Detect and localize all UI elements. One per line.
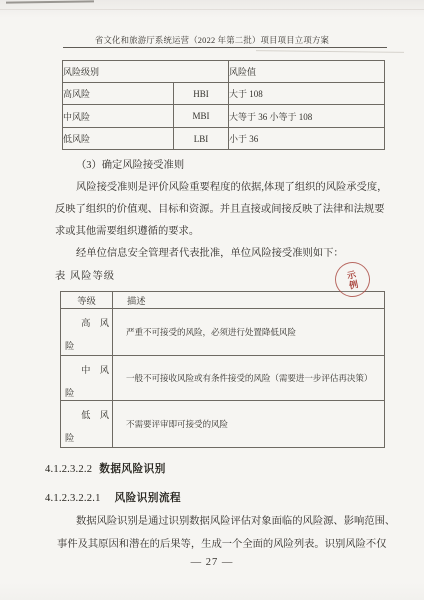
table-row: 高 风 险 严重不可接受的风险，必须进行处置降低风险 — [61, 309, 385, 356]
cell-level: 高 风 险 — [61, 309, 113, 356]
cell-desc: 不需要评审即可接受的风险 — [113, 401, 385, 448]
cell-level: 低 风 险 — [61, 401, 113, 448]
body-line: 数据风险识别是通过识别数据风险评估对象面临的风险源、影响范围、 — [76, 512, 395, 532]
section-number: 4.1.2.3.2.2 — [45, 464, 92, 475]
risk-level-table: 等级 描述 高 风 险 严重不可接受的风险，必须进行处置降低风险 中 风 险 一… — [60, 291, 385, 448]
header-rule — [63, 47, 387, 48]
header-rule-artifact — [256, 50, 404, 53]
section-heading: 4.1.2.3.2.2数据风险识别 — [45, 459, 166, 477]
cell-level: 高风险 — [63, 83, 174, 105]
table-header-row: 风险级别 风险值 — [63, 61, 385, 83]
cell-level: 中风险 — [63, 105, 174, 128]
body-line: 事件及其原因和潜在的后果等，生成一个全面的风险列表。识别风险不仅 — [57, 535, 387, 555]
header-cell-level: 等级 — [61, 292, 113, 309]
cell-value: 大等于 36 小等于 108 — [229, 105, 385, 128]
subsection-title: 风险识别流程 — [115, 493, 182, 504]
page-header-title: 省文化和旅游厅系统运营（2022 年第二批）项目项目立项方案 — [0, 34, 424, 46]
cell-code: HBI — [174, 83, 229, 105]
body-line: 风险接受准则是评价风险重要程度的依据,体现了组织的风险承受度， — [76, 178, 387, 198]
table-row: 中 风 险 一般不可接收风险或有条件接受的风险（需要进一步评估再决策） — [61, 356, 385, 401]
table-row: 低风险 LBI 小于 36 — [63, 128, 385, 150]
page-number: — 27 — — [0, 557, 424, 568]
subsection-heading: 4.1.2.3.2.2.1风险识别流程 — [45, 488, 181, 506]
body-line: 反映了组织的价值观、目标和资源。并且直接或间接反映了法律和法规要 — [55, 200, 385, 220]
risk-value-table: 风险级别 风险值 高风险 HBI 大于 108 中风险 MBI 大等于 36 小… — [62, 60, 385, 150]
cell-code: LBI — [174, 128, 229, 150]
level-line-1: 低 风 — [61, 401, 112, 421]
body-subheading: （3）确定风险接受准则 — [76, 156, 184, 176]
cell-code: MBI — [174, 105, 229, 128]
table-row: 低 风 险 不需要评审即可接受的风险 — [61, 401, 385, 448]
subsection-number: 4.1.2.3.2.2.1 — [45, 493, 101, 504]
table-header-row: 等级 描述 — [61, 292, 385, 309]
level-line-1: 中 风 — [61, 356, 112, 376]
cell-desc: 严重不可接受的风险，必须进行处置降低风险 — [113, 309, 385, 356]
level-line-2: 险 — [61, 376, 112, 399]
level-line-2: 险 — [61, 421, 112, 444]
section-title: 数据风险识别 — [99, 464, 166, 475]
level-line-2: 险 — [61, 329, 112, 352]
header-cell-risk-value: 风险值 — [229, 61, 385, 83]
cell-value: 小于 36 — [229, 128, 385, 150]
scan-artifact-corner — [6, 0, 94, 3]
table-caption: 表 风险等级 — [55, 267, 115, 287]
header-cell-risk-level: 风险级别 — [63, 61, 229, 83]
cell-desc: 一般不可接收风险或有条件接受的风险（需要进一步评估再决策） — [113, 356, 385, 401]
level-line-1: 高 风 — [61, 309, 112, 329]
body-line: 经单位信息安全管理者代表批准，单位风险接受准则如下： — [76, 244, 344, 264]
document-page: 省文化和旅游厅系统运营（2022 年第二批）项目项目立项方案 风险级别 风险值 … — [0, 0, 424, 600]
table-row: 高风险 HBI 大于 108 — [63, 83, 385, 105]
table-row: 中风险 MBI 大等于 36 小等于 108 — [63, 105, 385, 128]
cell-level: 中 风 险 — [61, 356, 113, 401]
body-line: 求或其他需要组织遵循的要求。 — [55, 222, 199, 242]
scan-artifact-top-line — [0, 9, 424, 10]
cell-value: 大于 108 — [229, 83, 385, 105]
stamp-text-bottom: 例 — [348, 279, 359, 291]
cell-level: 低风险 — [63, 128, 174, 150]
